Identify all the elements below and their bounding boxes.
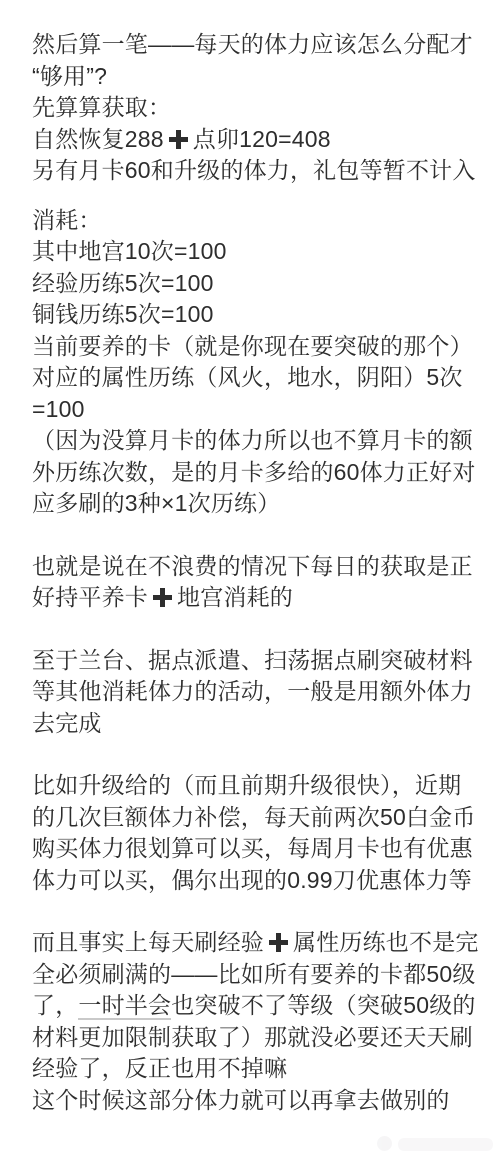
text-run: 外历练次数，是的月卡多给的60体力正好对 [32, 459, 476, 485]
text-line: 材料更加限制获取了）那就没必要还天天刷 [32, 1022, 472, 1054]
text-line: 其中地宫10次=100 [32, 236, 472, 268]
text-line: 经验了，反正也用不掉嘛 [32, 1053, 472, 1085]
text-line: 去完成 [32, 708, 472, 740]
text-line: 比如升级给的（而且前期升级很快），近期 [32, 770, 472, 802]
text-line: 了，一时半会也突破不了等级（突破50级的 [32, 990, 472, 1022]
text-line: 体力可以买，偶尔出现的0.99刀优惠体力等 [32, 865, 472, 897]
text-run: =100 [32, 396, 85, 422]
text-run: 然后算一笔——每天的体力应该怎么分配才 [32, 31, 473, 57]
text-line: 这个时候这部分体力就可以再拿去做别的 [32, 1085, 472, 1117]
text-run: 先算算获取： [32, 94, 171, 120]
text-run: 点卯120=408 [193, 126, 331, 152]
text-line: 当前要养的卡（就是你现在要突破的那个） [32, 331, 472, 363]
text-run: 消耗： [32, 207, 102, 233]
text-run: 好持平养卡 [32, 584, 148, 610]
text-run: 另有月卡60和升级的体力，礼包等暂不计入 [32, 157, 476, 183]
text-run: 属性历练也不是完 [293, 929, 479, 955]
text-run: “够用”? [32, 63, 107, 89]
text-line: 而且事实上每天刷经验属性历练也不是完 [32, 927, 472, 959]
text-line: 的几次巨额体力补偿，每天前两次50白金币 [32, 802, 472, 834]
watermark-text-smudge [398, 1138, 493, 1151]
text-run: 去完成 [32, 710, 102, 736]
text-run: 也就是说在不浪费的情况下每日的获取是正 [32, 553, 473, 579]
paragraph: 至于兰台、据点派遣、扫荡据点刷突破材料等其他消耗体力的活动，一般是用额外体力去完… [32, 645, 472, 740]
text-line: 然后算一笔——每天的体力应该怎么分配才 [32, 29, 472, 61]
watermark [377, 1129, 495, 1155]
text-run: 全必须刷满的——比如所有要养的卡都50级 [32, 961, 476, 987]
text-run: 至于兰台、据点派遣、扫荡据点刷突破材料 [32, 647, 473, 673]
text-line: 消耗： [32, 205, 472, 237]
text-run: 铜钱历练5次=100 [32, 301, 214, 327]
text-line: 对应的属性历练（风火，地水，阴阳）5次 [32, 362, 472, 394]
paragraph: 消耗：其中地宫10次=100经验历练5次=100铜钱历练5次=100当前要养的卡… [32, 205, 472, 520]
text-line: 应多刷的3种×1次历练） [32, 488, 472, 520]
text-line: 自然恢复288点卯120=408 [32, 124, 472, 156]
text-line: 全必须刷满的——比如所有要养的卡都50级 [32, 959, 472, 991]
text-run: 自然恢复288 [32, 126, 164, 152]
text-run: 的几次巨额体力补偿，每天前两次50白金币 [32, 804, 476, 830]
plus-icon [169, 130, 188, 149]
text-run: 对应的属性历练（风火，地水，阴阳）5次 [32, 364, 463, 390]
text-run: 其中地宫10次=100 [32, 238, 227, 264]
paragraph: 比如升级给的（而且前期升级很快），近期的几次巨额体力补偿，每天前两次50白金币购… [32, 770, 472, 896]
text-line: 也就是说在不浪费的情况下每日的获取是正 [32, 551, 472, 583]
text-run: 等其他消耗体力的活动，一般是用额外体力 [32, 678, 473, 704]
plus-icon [269, 933, 288, 952]
text-line: 铜钱历练5次=100 [32, 299, 472, 331]
text-line: （因为没算月卡的体力所以也不算月卡的额 [32, 425, 472, 457]
text-line: =100 [32, 394, 472, 426]
text-line: 购买体力很划算可以买，每周月卡也有优惠 [32, 833, 472, 865]
note-text: 然后算一笔——每天的体力应该怎么分配才“够用”?先算算获取：自然恢复288点卯1… [32, 29, 472, 1116]
text-run: 经验历练5次=100 [32, 270, 214, 296]
text-line: 好持平养卡地宫消耗的 [32, 582, 472, 614]
text-run: 应多刷的3种×1次历练） [32, 490, 280, 516]
text-run: （因为没算月卡的体力所以也不算月卡的额 [32, 427, 473, 453]
text-line: 等其他消耗体力的活动，一般是用额外体力 [32, 676, 472, 708]
text-run: 体力可以买，偶尔出现的0.99刀优惠体力等 [32, 867, 472, 893]
note-page: 然后算一笔——每天的体力应该怎么分配才“够用”?先算算获取：自然恢复288点卯1… [0, 0, 500, 1155]
text-run: 这个时候这部分体力就可以再拿去做别的 [32, 1087, 450, 1113]
text-run: 也突破不了等级（突破50级的 [171, 992, 475, 1018]
watermark-logo-icon [377, 1136, 392, 1151]
text-line: 至于兰台、据点派遣、扫荡据点刷突破材料 [32, 645, 472, 677]
paragraph: 然后算一笔——每天的体力应该怎么分配才“够用”?先算算获取：自然恢复288点卯1… [32, 29, 472, 187]
text-line: “够用”? [32, 61, 472, 93]
text-run: 了， [32, 992, 78, 1018]
plus-icon [153, 588, 172, 607]
text-line: 外历练次数，是的月卡多给的60体力正好对 [32, 457, 472, 489]
underlined-text: 一时半会 [78, 992, 171, 1020]
text-run: 材料更加限制获取了）那就没必要还天天刷 [32, 1024, 473, 1050]
paragraph: 也就是说在不浪费的情况下每日的获取是正好持平养卡地宫消耗的 [32, 551, 472, 614]
text-line: 先算算获取： [32, 92, 472, 124]
text-run: 购买体力很划算可以买，每周月卡也有优惠 [32, 835, 473, 861]
text-run: 比如升级给的（而且前期升级很快），近期 [32, 772, 461, 798]
paragraph: 而且事实上每天刷经验属性历练也不是完全必须刷满的——比如所有要养的卡都50级了，… [32, 927, 472, 1116]
text-run: 而且事实上每天刷经验 [32, 929, 264, 955]
text-run: 当前要养的卡（就是你现在要突破的那个） [32, 333, 473, 359]
text-run: 经验了，反正也用不掉嘛 [32, 1055, 287, 1081]
text-line: 另有月卡60和升级的体力，礼包等暂不计入 [32, 155, 472, 187]
text-line: 经验历练5次=100 [32, 268, 472, 300]
text-run: 地宫消耗的 [177, 584, 293, 610]
